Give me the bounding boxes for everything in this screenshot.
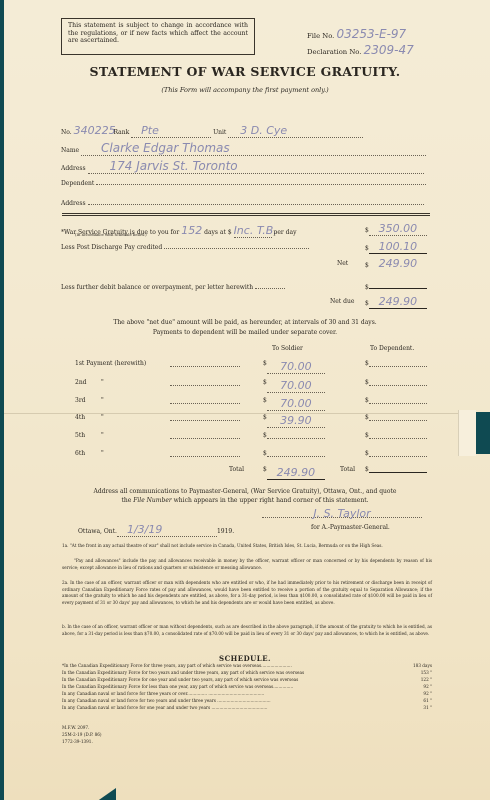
address-note-1: Address all communications to Paymaster-… [0,487,490,496]
less-pdp-amount-cell: $100.10 [365,240,427,254]
soldier-amount [267,450,325,457]
place-label: Ottawa, Ont. [78,528,117,535]
schedule-days: 122 " [410,677,432,682]
net-due-amount-cell: $249.90 [365,295,427,309]
leader-dots [170,432,240,439]
leader-dots [164,242,309,249]
dependent-value [96,178,426,185]
payment-row-5: 5th " $ $ [75,432,435,444]
net-due-label: Net due [330,298,354,305]
less-pdp-amount: 100.10 [369,240,427,254]
dependent-label: Dependent [61,180,94,187]
schedule-days: 31 " [410,705,432,710]
col-to-dependent: To Dependent. [370,345,414,352]
dependent-amount [369,360,427,367]
payment-row-2: 2nd " $70.00 $ [75,379,435,391]
schedule-row: In any Canadian naval or land force for … [62,705,432,712]
payment-label: 6th [75,450,85,457]
soldier-no-row: No. 340225 Rank Pte Unit 3 D. Cye [61,124,363,138]
place-date-row: Ottawa, Ont.1/3/191919. [78,523,234,537]
dependent-address-row: Address [61,198,424,207]
form-footer: M.F.W. 2097. 25M-2-19 (D.P. 86) 1772-39-… [62,724,102,745]
name-label: Name [61,147,79,154]
schedule-row: In any Canadian naval or land force for … [62,698,432,705]
dependent-amount-cell: $ [365,450,369,457]
dependent-amount-cell: $ [365,432,369,439]
payment-intro-2: Payments to dependent will be mailed und… [0,328,490,337]
file-block: File No. 03253-E-97 Declaration No. 2309… [307,27,414,59]
ditto-mark: " [101,432,104,439]
gross-amount-cell: $350.00 [365,222,427,236]
rank-value: Pte [131,124,211,138]
soldier-amount: 70.00 [267,360,325,374]
payment-label: 3rd [75,397,86,404]
schedule-row: In the Canadian Expeditionary Force for … [62,670,432,677]
dependent-amount-cell: $ [365,360,369,367]
dependent-amount [369,432,427,439]
total-soldier: 249.90 [267,466,325,480]
col-to-soldier: To Soldier [272,345,303,352]
soldier-amount-cell: $39.90 [263,414,267,421]
ditto-mark: " [101,450,104,457]
less-pdp-row: Less Post Discharge Pay credited [61,242,309,251]
net-amount: 249.90 [369,257,427,270]
for-paymaster: for A.-Paymaster-General. [311,524,390,531]
folded-tab [458,410,476,456]
total-label-soldier: Total [229,466,244,473]
payment-row-4: 4th " $39.90 $ [75,414,435,426]
leader-dots [170,379,240,386]
declaration-no-label: Declaration No. [307,48,361,56]
soldier-amount-cell: $70.00 [263,397,267,404]
net-label: Net [337,260,348,267]
less-debit-label: Less further debit balance or overpaymen… [61,284,253,291]
rank-label: Rank [114,129,130,136]
signature-line: J. S. Taylor [262,507,422,518]
no-value: 340225 [74,124,112,137]
dependent-address-label: Address [61,200,86,207]
gross-amount: 350.00 [369,222,427,236]
unit-label: Unit [213,129,226,136]
schedule-title: SCHEDULE. [0,654,490,663]
leader-dots [170,397,240,404]
dependent-amount-cell: $ [365,379,369,386]
soldier-amount: 39.90 [267,414,325,428]
dependent-amount [369,450,427,457]
address-row: Address 174 Jarvis St. Toronto [61,159,424,174]
address-note-pre: the [121,497,131,504]
name-row: Name Clarke Edgar Thomas [61,141,426,156]
schedule-days: 92 " [410,684,432,689]
schedule-days: 92 " [410,691,432,696]
note-pay-allowances: "Pay and allowances" include the pay and… [62,558,432,571]
ditto-mark: " [101,397,104,404]
schedule-text: In the Canadian Expeditionary Force for … [62,677,298,682]
print-batch: 1772-39-1391. [62,738,102,745]
soldier-amount [267,432,325,439]
dependent-amount [369,414,427,421]
net-amount-cell: $249.90 [365,257,427,270]
schedule-text: In the Canadian Expeditionary Force for … [62,670,304,675]
declaration-no-value: 2309-47 [364,43,414,57]
dependent-amount [369,397,427,404]
address-note-2: the File Number which appears in the upp… [0,496,490,505]
schedule-text: *In the Canadian Expeditionary Force for… [62,663,292,668]
rate-value: Inc. T.B. [234,224,272,238]
address-note-emphasis: File Number [133,497,172,504]
schedule-days: 183 days [410,663,432,668]
total-dependent-cell: $ [365,466,369,473]
soldier-amount: 70.00 [267,379,325,393]
gratuity-text-mid: days at $ [204,229,232,236]
name-value: Clarke Edgar Thomas [81,141,426,156]
schedule-days: 61 " [410,698,432,703]
form-number: M.F.W. 2097. [62,724,102,731]
leader-dots [170,360,240,367]
less-debit-amount-cell: $ [365,282,427,291]
days-value: 152 [181,224,202,237]
less-debit-row: Less further debit balance or overpaymen… [61,282,285,291]
note-2a: 2a. In the case of an officer, warrant o… [62,580,432,606]
note-2b: b. In the case of an officer, warrant of… [62,624,432,637]
payment-label: 4th [75,414,85,421]
payment-intro-1: The above "net due" amount will be paid,… [0,318,490,327]
gratuity-text-post: per day [273,229,296,236]
print-code: 25M-2-19 (D.P. 86) [62,731,102,738]
schedule-days: 153 " [410,670,432,675]
notice-box: This statement is subject to change in a… [61,18,255,55]
address-label: Address [61,165,86,172]
dependent-amount [369,379,427,386]
payment-total-row: Total $249.90 Total $ [75,466,435,478]
schedule-text: In any Canadian naval or land force for … [62,705,267,710]
no-label: No. [61,129,72,136]
total-label-dependent: Total [340,466,355,473]
soldier-amount: 70.00 [267,397,325,411]
soldier-amount-cell: $ [263,432,267,439]
schedule-row: *In the Canadian Expeditionary Force for… [62,663,432,670]
payment-row-1: 1st Payment (herewith) $70.00 $ [75,360,435,372]
leader-dots [170,450,240,457]
ditto-mark: " [101,414,104,421]
file-no-value: 03253-E-97 [337,27,407,41]
address-value: 174 Jarvis St. Toronto [88,159,424,174]
soldier-amount-cell: $70.00 [263,379,267,386]
signature: J. S. Taylor [313,507,370,520]
dependent-amount-cell: $ [365,414,369,421]
dependent-amount-cell: $ [365,397,369,404]
soldier-amount-cell: $70.00 [263,360,267,367]
soldier-amount-cell: $ [263,450,267,457]
note-1a: 1a. "At the front in any actual theatre … [62,543,432,550]
leader-dots [255,282,285,289]
double-rule [62,213,430,216]
payment-label: 5th [75,432,85,439]
address-note-post: which appears in the upper right hand co… [174,497,369,504]
background-corner [96,788,116,800]
total-soldier-cell: $249.90 [263,466,267,473]
schedule-note: (In accordance with schedule below.) [75,232,147,237]
page-subtitle: (This Form will accompany the first paym… [0,86,490,94]
schedule-text: In the Canadian Expeditionary Force for … [62,684,293,689]
background-strip [476,412,490,454]
page-title: STATEMENT OF WAR SERVICE GRATUITY. [0,64,490,79]
schedule-text: In any Canadian naval or land force for … [62,691,264,696]
dependent-row: Dependent [61,178,426,187]
payment-row-3: 3rd " $70.00 $ [75,397,435,409]
ditto-mark: " [101,379,104,386]
leader-dots [170,414,240,421]
year-label: 1919. [217,528,234,535]
schedule-row: In the Canadian Expeditionary Force for … [62,677,432,684]
less-debit-amount [369,282,427,289]
date-value: 1/3/19 [117,523,217,537]
declaration-no-row: Declaration No. 2309-47 [307,43,414,59]
schedule-row: In any Canadian naval or land force for … [62,691,432,698]
payment-label: 1st Payment (herewith) [75,360,146,367]
schedule-text: In any Canadian naval or land force for … [62,698,271,703]
dependent-address-value [88,198,424,205]
payment-row-6: 6th " $ $ [75,450,435,462]
schedule-row: In the Canadian Expeditionary Force for … [62,684,432,691]
unit-value: 3 D. Cye [228,124,363,138]
net-due-amount: 249.90 [369,295,427,309]
file-no-label: File No. [307,32,334,40]
total-dependent [369,466,427,473]
less-pdp-label: Less Post Discharge Pay credited [61,244,162,251]
payment-label: 2nd [75,379,87,386]
file-no-row: File No. 03253-E-97 [307,27,414,43]
